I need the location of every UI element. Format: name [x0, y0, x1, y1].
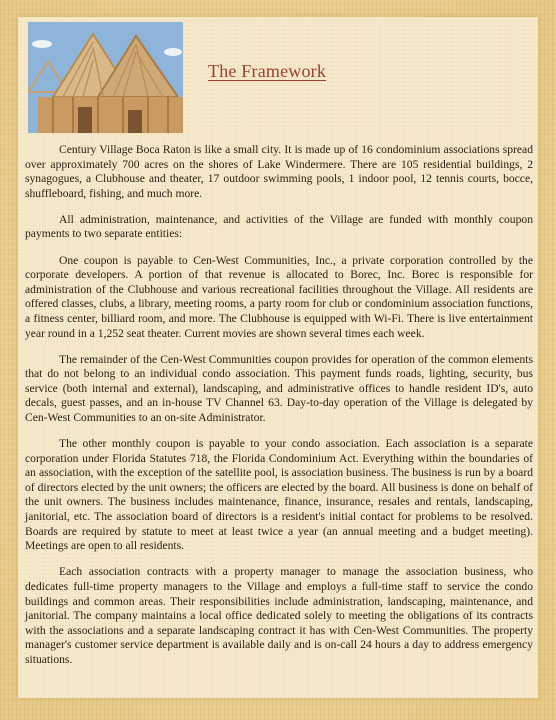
paragraph-property-manager: Each association contracts with a proper… — [25, 565, 533, 667]
paragraph-cen-west-coupon: One coupon is payable to Cen-West Commun… — [25, 254, 533, 342]
paragraph-common-elements: The remainder of the Cen-West Communitie… — [25, 353, 533, 426]
paragraph-overview: Century Village Boca Raton is like a sma… — [25, 143, 533, 201]
framing-photo — [28, 22, 183, 133]
house-framing-illustration — [28, 22, 183, 133]
content-panel: The Framework Century Village Boca Raton… — [18, 17, 538, 698]
page-title: The Framework — [208, 61, 326, 82]
article-body: Century Village Boca Raton is like a sma… — [25, 143, 533, 679]
paragraph-funding: All administration, maintenance, and act… — [25, 213, 533, 242]
paragraph-condo-association: The other monthly coupon is payable to y… — [25, 437, 533, 554]
